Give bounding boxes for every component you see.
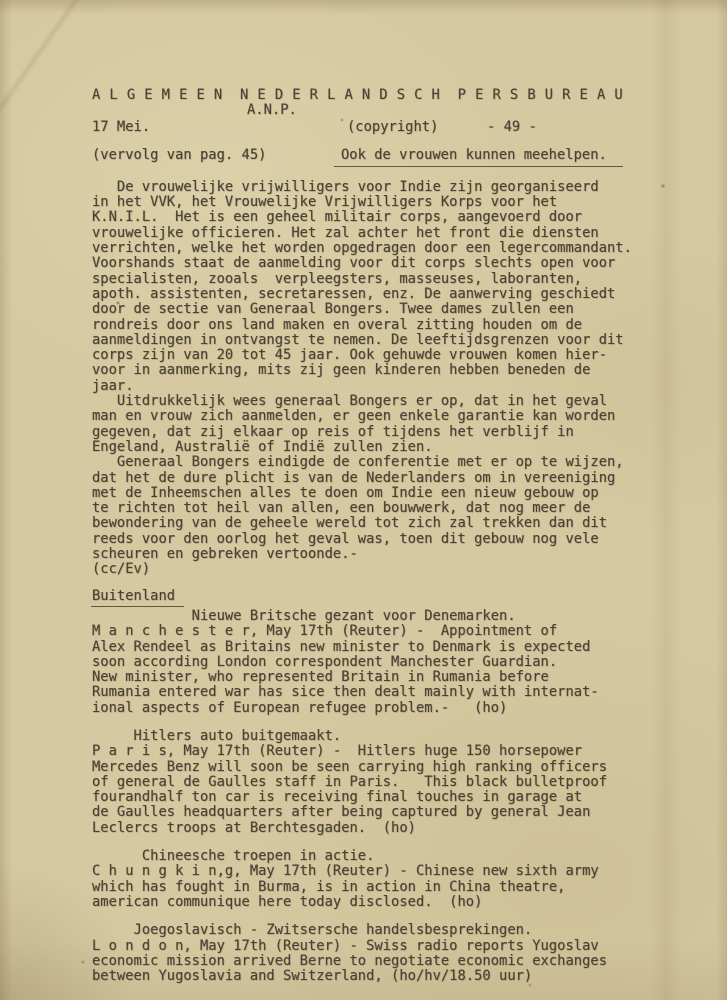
- news-item: Hitlers auto buitgemaakt. P a r i s, May…: [92, 729, 692, 836]
- copyright-label: (copyright): [347, 120, 438, 135]
- continuation-note: (vervolg van pag. 45): [92, 148, 266, 163]
- news-item: Chineesche troepen in actie. C h u n g k…: [92, 849, 692, 910]
- date-label: 17 Mei.: [92, 120, 150, 135]
- foreign-news-section: Buitenland: [92, 589, 692, 607]
- news-item-body: P a r i s, May 17th (Reuter) - Hitlers h…: [92, 744, 692, 836]
- paragraph-3: Generaal Bongers eindigde de conferentie…: [92, 455, 692, 562]
- page-number: - 49 -: [487, 120, 537, 135]
- news-item-heading: Joegoslavisch - Zwitsersche handelsbespr…: [92, 923, 692, 938]
- title-row: (vervolg van pag. 45) Ook de vrouwen kun…: [92, 148, 692, 166]
- article-body: De vrouwelijke vrijwilligers voor Indie …: [92, 180, 692, 578]
- news-items: Nieuwe Britsche gezant voor Denemarken. …: [92, 609, 692, 985]
- news-item-heading: Hitlers auto buitgemaakt.: [92, 729, 692, 744]
- masthead-abbreviation: A.N.P.: [247, 103, 692, 118]
- news-item-body: M a n c h e s t e r, May 17th (Reuter) -…: [92, 624, 692, 716]
- date-page-row: 17 Mei. (copyright) - 49 -: [92, 120, 692, 135]
- article-title: Ook de vrouwen kunnen meehelpen.: [334, 148, 623, 167]
- section-title: Buitenland: [91, 589, 184, 607]
- news-item-body: C h u n g k i n,g, May 17th (Reuter) - C…: [92, 864, 692, 910]
- paragraph-2: Uitdrukkelijk wees generaal Bongers er o…: [92, 394, 692, 455]
- editor-initials: (cc/Ev): [92, 562, 692, 577]
- press-bureau-masthead: A L G E M E E N N E D E R L A N D S C H …: [92, 88, 692, 103]
- news-item: Joegoslavisch - Zwitsersche handelsbespr…: [92, 923, 692, 984]
- news-item: Nieuwe Britsche gezant voor Denemarken. …: [92, 609, 692, 716]
- news-item-heading: Nieuwe Britsche gezant voor Denemarken.: [92, 609, 692, 624]
- scanned-press-bulletin-page: A L G E M E E N N E D E R L A N D S C H …: [0, 0, 727, 1000]
- typewritten-content: A L G E M E E N N E D E R L A N D S C H …: [92, 88, 692, 997]
- news-item-body: L o n d o n, May 17th (Reuter) - Swiss r…: [92, 939, 692, 985]
- paragraph-1: De vrouwelijke vrijwilligers voor Indie …: [92, 180, 692, 394]
